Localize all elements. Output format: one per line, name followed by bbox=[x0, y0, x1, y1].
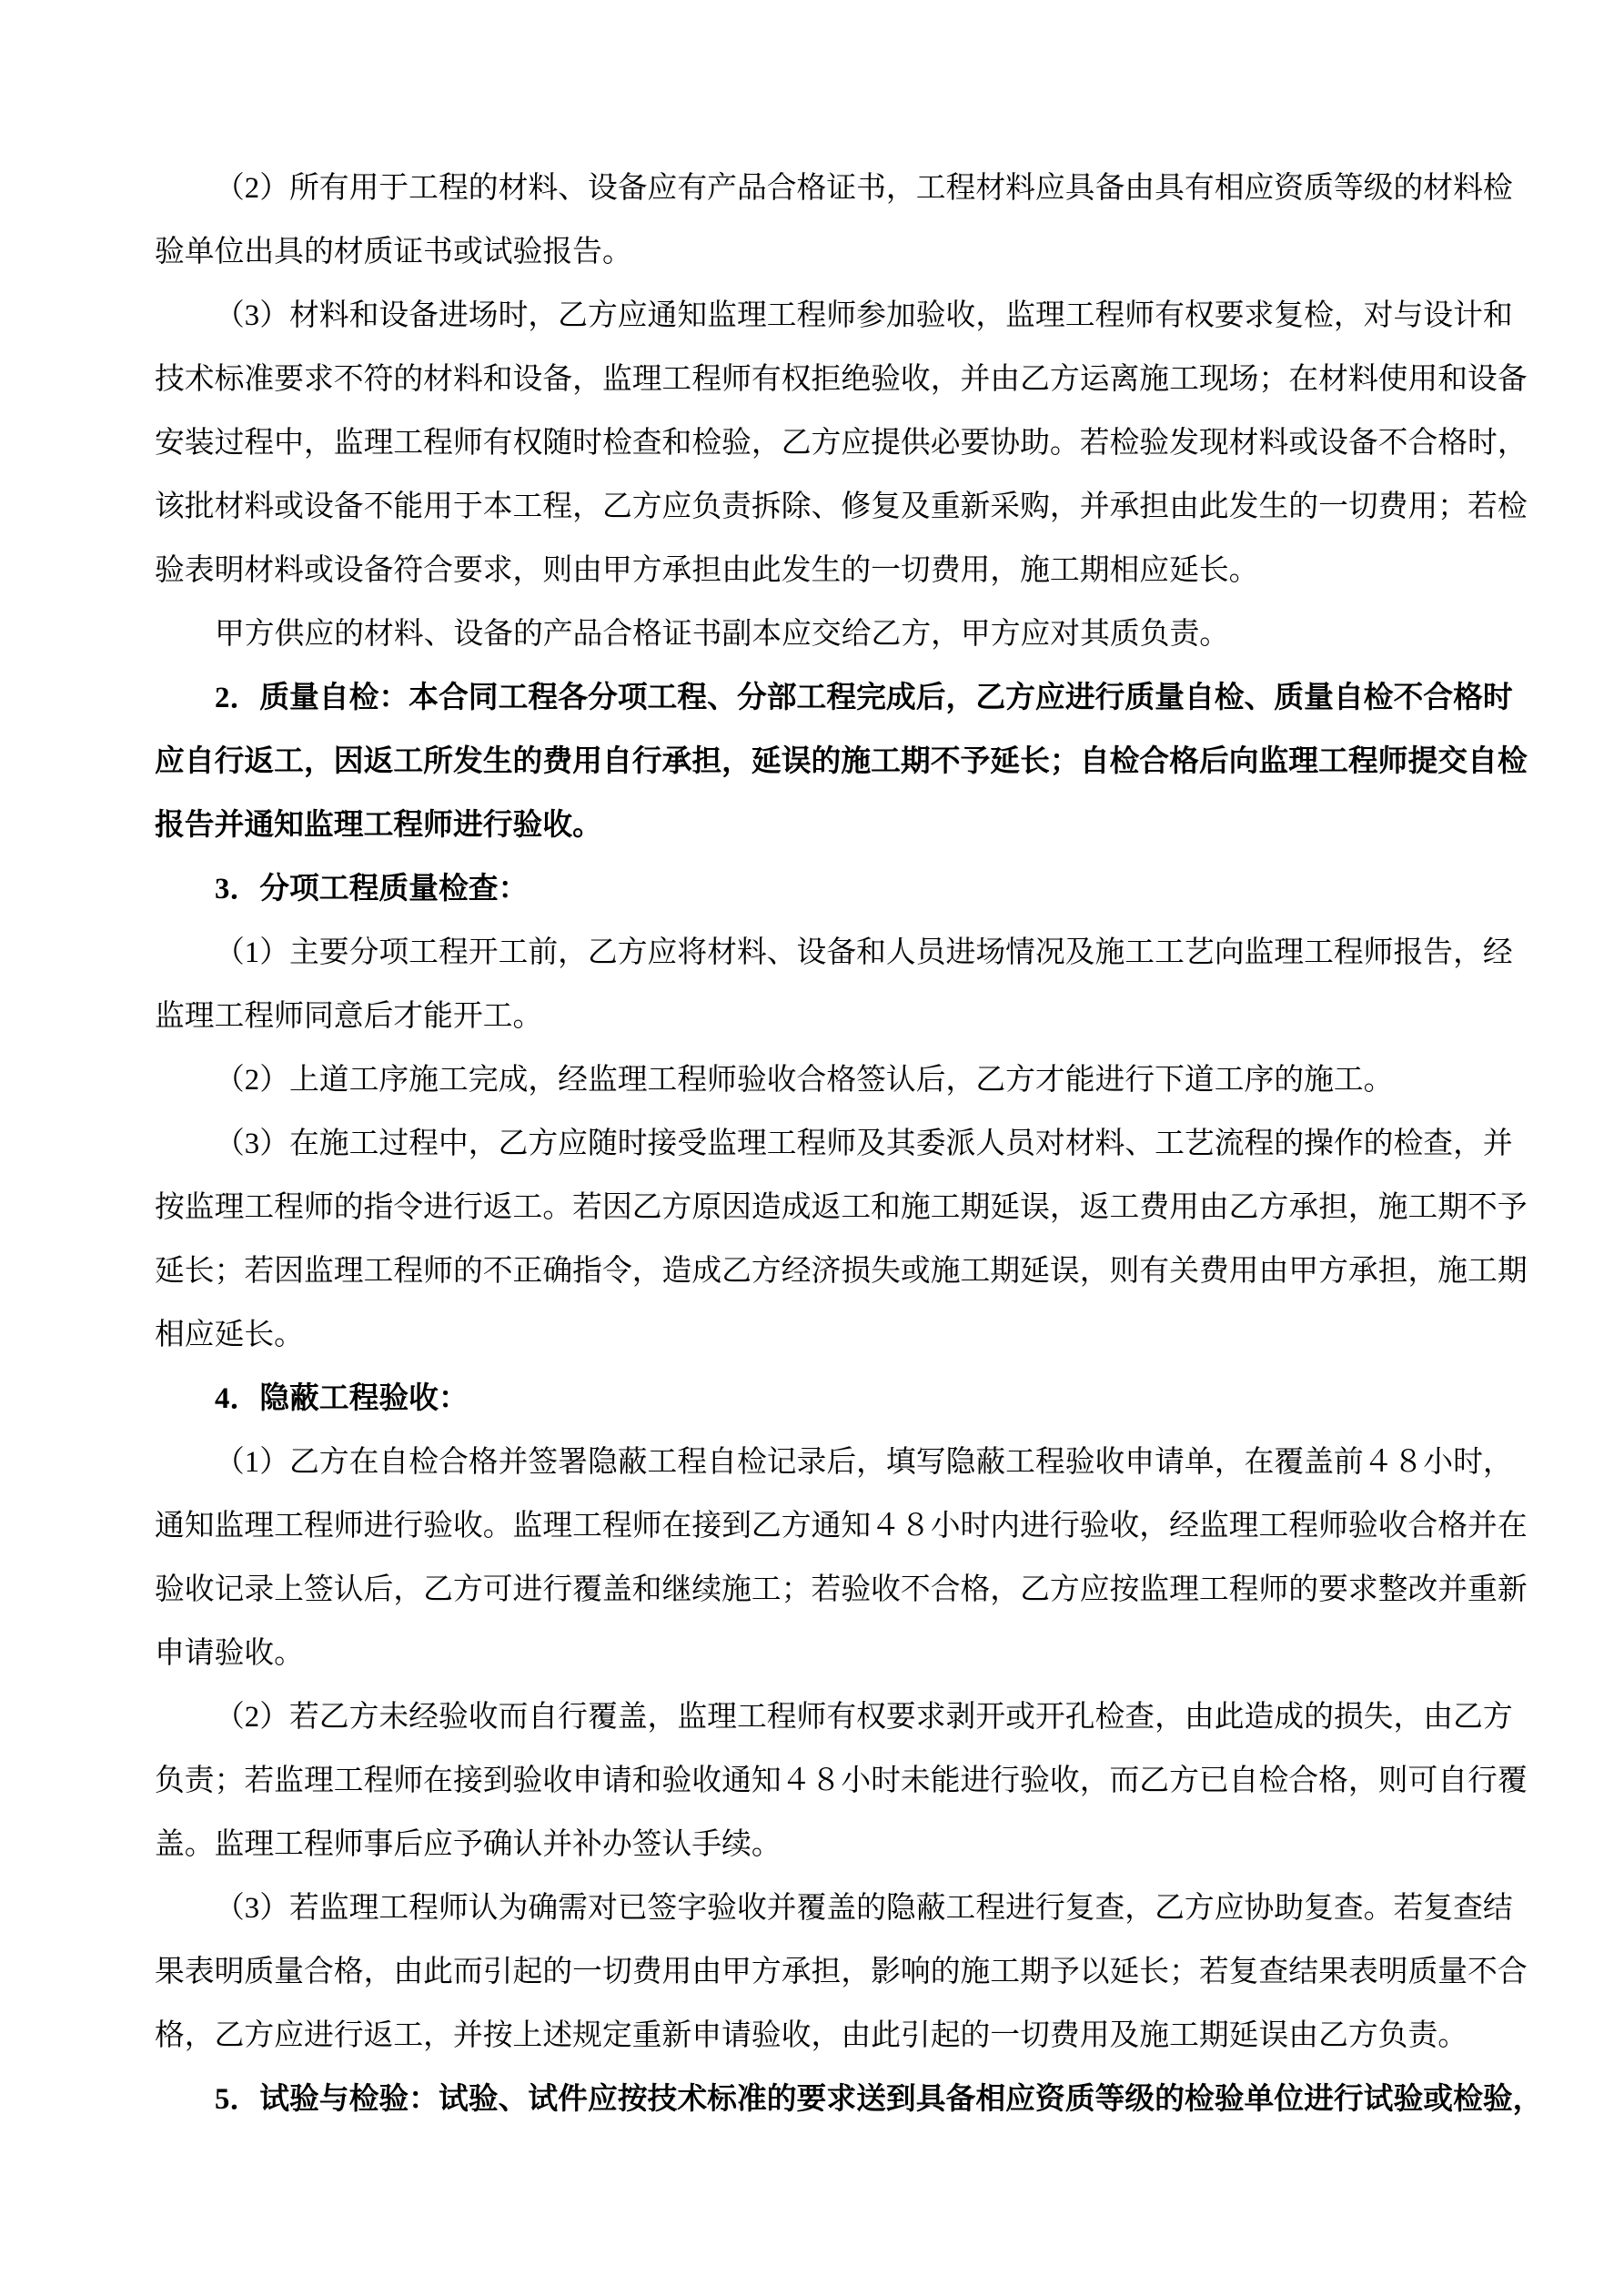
text-line: 盖。监理工程师事后应予确认并补办签认手续。 bbox=[155, 1813, 1474, 1876]
text-line: 申请验收。 bbox=[155, 1622, 1474, 1685]
text-line: 该批材料或设备不能用于本工程，乙方应负责拆除、修复及重新采购，并承担由此发生的一… bbox=[155, 475, 1474, 539]
text-line: 验收记录上签认后，乙方可进行覆盖和继续施工；若验收不合格，乙方应按监理工程师的要… bbox=[155, 1558, 1474, 1622]
text-line: （1）主要分项工程开工前，乙方应将材料、设备和人员进场情况及施工工艺向监理工程师… bbox=[155, 921, 1474, 985]
text-line: （2）所有用于工程的材料、设备应有产品合格证书，工程材料应具备由具有相应资质等级… bbox=[155, 157, 1474, 220]
text-line: 相应延长。 bbox=[155, 1303, 1474, 1367]
text-line: 通知监理工程师进行验收。监理工程师在接到乙方通知４８小时内进行验收，经监理工程师… bbox=[155, 1494, 1474, 1558]
text-line: （3）在施工过程中，乙方应随时接受监理工程师及其委派人员对材料、工艺流程的操作的… bbox=[155, 1112, 1474, 1176]
text-line: （1）乙方在自检合格并签署隐蔽工程自检记录后，填写隐蔽工程验收申请单，在覆盖前４… bbox=[155, 1431, 1474, 1494]
text-line: 3．分项工程质量检查： bbox=[155, 857, 1474, 921]
contract-text-block: （2）所有用于工程的材料、设备应有产品合格证书，工程材料应具备由具有相应资质等级… bbox=[155, 157, 1474, 2131]
text-line: （2）若乙方未经验收而自行覆盖，监理工程师有权要求剥开或开孔检查，由此造成的损失… bbox=[155, 1685, 1474, 1749]
text-line: （3）材料和设备进场时，乙方应通知监理工程师参加验收，监理工程师有权要求复检，对… bbox=[155, 284, 1474, 348]
text-line: 果表明质量合格，由此而引起的一切费用由甲方承担，影响的施工期予以延长；若复查结果… bbox=[155, 1940, 1474, 2004]
document-page: （2）所有用于工程的材料、设备应有产品合格证书，工程材料应具备由具有相应资质等级… bbox=[0, 0, 1624, 2296]
text-line: 4．隐蔽工程验收： bbox=[155, 1367, 1474, 1431]
text-line: 甲方供应的材料、设备的产品合格证书副本应交给乙方，甲方应对其质负责。 bbox=[155, 602, 1474, 666]
text-line: 技术标准要求不符的材料和设备，监理工程师有权拒绝验收，并由乙方运离施工现场；在材… bbox=[155, 348, 1474, 411]
text-line: 验表明材料或设备符合要求，则由甲方承担由此发生的一切费用，施工期相应延长。 bbox=[155, 539, 1474, 602]
text-line: 应自行返工，因返工所发生的费用自行承担，延误的施工期不予延长；自检合格后向监理工… bbox=[155, 730, 1474, 794]
text-line: 负责；若监理工程师在接到验收申请和验收通知４８小时未能进行验收，而乙方已自检合格… bbox=[155, 1749, 1474, 1813]
text-line: 监理工程师同意后才能开工。 bbox=[155, 985, 1474, 1048]
text-line: 5．试验与检验：试验、试件应按技术标准的要求送到具备相应资质等级的检验单位进行试… bbox=[155, 2068, 1474, 2131]
text-line: 延长；若因监理工程师的不正确指令，造成乙方经济损失或施工期延误，则有关费用由甲方… bbox=[155, 1239, 1474, 1303]
text-line: （3）若监理工程师认为确需对已签字验收并覆盖的隐蔽工程进行复查，乙方应协助复查。… bbox=[155, 1876, 1474, 1940]
text-line: 按监理工程师的指令进行返工。若因乙方原因造成返工和施工期延误，返工费用由乙方承担… bbox=[155, 1176, 1474, 1239]
text-line: （2）上道工序施工完成，经监理工程师验收合格签认后，乙方才能进行下道工序的施工。 bbox=[155, 1048, 1474, 1112]
text-line: 安装过程中，监理工程师有权随时检查和检验，乙方应提供必要协助。若检验发现材料或设… bbox=[155, 411, 1474, 475]
text-line: 格，乙方应进行返工，并按上述规定重新申请验收，由此引起的一切费用及施工期延误由乙… bbox=[155, 2004, 1474, 2068]
text-line: 验单位出具的材质证书或试验报告。 bbox=[155, 220, 1474, 284]
text-line: 2．质量自检：本合同工程各分项工程、分部工程完成后，乙方应进行质量自检、质量自检… bbox=[155, 666, 1474, 730]
text-line: 报告并通知监理工程师进行验收。 bbox=[155, 794, 1474, 857]
